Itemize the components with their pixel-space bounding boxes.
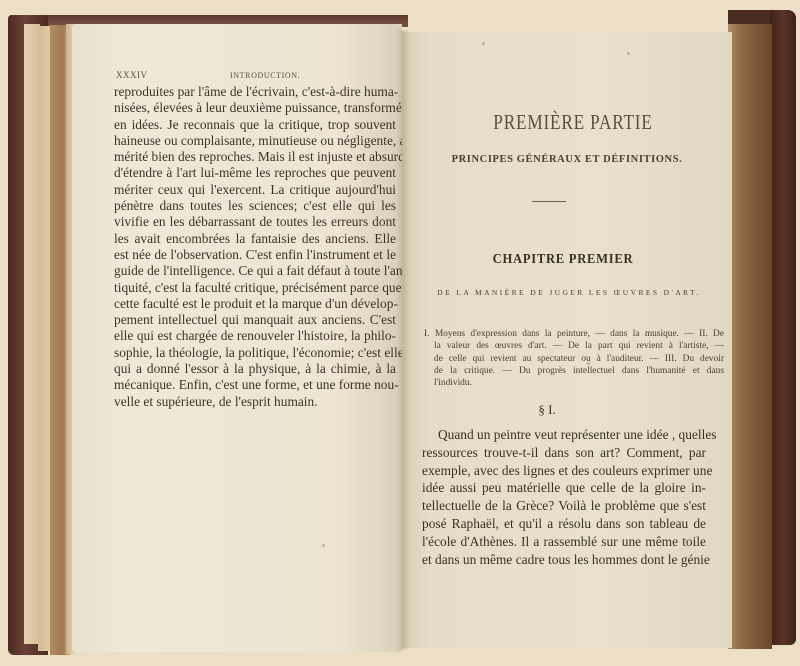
text-line: elle qui est chargée de renouveler l'his… <box>114 328 396 344</box>
right-page: PREMIÈRE PARTIE PRINCIPES GÉNÉRAUX ET DÉ… <box>402 32 732 648</box>
text-line: les avait encombrées la fantaisie des an… <box>114 231 396 247</box>
book-cover-right <box>770 10 796 645</box>
text-line: ressources trouve-t-il dans son art? Com… <box>422 444 706 462</box>
chapter-title: CHAPITRE PREMIER <box>451 252 676 268</box>
text-line: mécanique. Enfin, c'est une forme, et un… <box>114 377 396 393</box>
text-line: nisées, élevées à leur deuxième puissanc… <box>114 100 396 116</box>
chapter-subtitle: DE LA MANIÈRE DE JUGER LES ŒUVRES D'ART. <box>414 288 724 297</box>
summary-line: la valeur des œuvres d'art. — De la part… <box>424 340 724 352</box>
left-page-body: reproduites par l'âme de l'écrivain, c'e… <box>114 84 396 410</box>
text-line: tellectuelle de la Grèce? Voilà le probl… <box>422 497 706 515</box>
text-line: tiquité, c'est la faculté critique, préc… <box>114 280 396 296</box>
text-line: est née de l'observation. C'est enfin l'… <box>114 247 396 263</box>
foxing-spot <box>482 42 485 45</box>
section-heading: § I. <box>522 402 572 418</box>
ornamental-rule <box>532 201 566 202</box>
summary-line: l'individu. <box>424 377 724 389</box>
chapter-summary: I. Moyens d'expression dans la peinture,… <box>424 328 724 389</box>
text-line: mériter ceux qui l'exercent. La critique… <box>114 182 396 198</box>
text-line: sophie, la théologie, la politique, l'éc… <box>114 345 396 361</box>
text-line: mérité bien des reproches. Mais il est i… <box>114 149 396 165</box>
text-line: posé Raphaël, et qu'il a résolu dans son… <box>422 515 706 533</box>
text-line: Quand un peintre veut représenter une id… <box>422 426 706 444</box>
text-line: haineuse ou complaisante, minutieuse ou … <box>114 133 396 149</box>
text-line: l'école d'Athènes. Il a rassemblé sur un… <box>422 533 706 551</box>
page-edge <box>38 26 50 651</box>
text-line: qui a donné l'essor à la physique, à la … <box>114 361 396 377</box>
page-block-fore-edge <box>728 24 772 649</box>
book-gutter <box>396 30 410 650</box>
foxing-spot <box>322 544 325 547</box>
foxing-spot <box>627 52 630 55</box>
running-head-title: INTRODUCTION. <box>230 71 300 80</box>
text-line: guide de l'intelligence. Ce qui a fait d… <box>114 263 396 279</box>
text-line: cette faculté est le produit et la marqu… <box>114 296 396 312</box>
text-line: reproduites par l'âme de l'écrivain, c'e… <box>114 84 396 100</box>
summary-line: de la critique. — Du progrès intellectue… <box>424 365 724 377</box>
text-line: et dans un même cadre tous les hommes do… <box>422 551 706 569</box>
foxing-spot <box>132 204 135 207</box>
text-line: exemple, avec des lignes et des couleurs… <box>422 462 706 480</box>
text-line: velle et supérieure, de l'esprit humain. <box>114 394 396 410</box>
text-line: en idées. Je reconnais que la critique, … <box>114 117 396 133</box>
summary-line: I. Moyens d'expression dans la peinture,… <box>424 328 724 340</box>
text-line: pement intellectuel qui manquait aux anc… <box>114 312 396 328</box>
text-line: d'étendre à l'art lui-même les reproches… <box>114 165 396 181</box>
text-line: vivifie en les débarrassant de toutes le… <box>114 214 396 230</box>
summary-line: de celle qui revient au spectateur ou à … <box>424 353 724 365</box>
text-line: pénètre dans toutes les sciences; c'est … <box>114 198 396 214</box>
part-subtitle: PRINCIPES GÉNÉRAUX ET DÉFINITIONS. <box>422 154 712 165</box>
page-number: XXXIV <box>116 70 148 80</box>
text-line: idée aussi peu matérielle que celle de l… <box>422 479 706 497</box>
right-page-body: Quand un peintre veut représenter une id… <box>422 426 706 568</box>
part-title: PREMIÈRE PARTIE <box>479 110 668 135</box>
foxing-spot <box>587 362 590 365</box>
left-page: XXXIV INTRODUCTION. reproduites par l'âm… <box>72 24 402 652</box>
